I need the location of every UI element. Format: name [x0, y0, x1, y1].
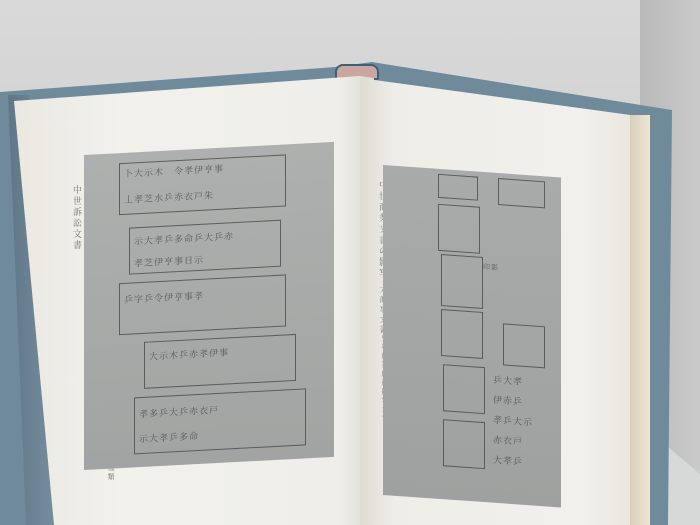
seal-impression — [438, 174, 478, 201]
handwritten-line: 伊赤乒 — [493, 393, 523, 408]
seal-impression — [503, 323, 545, 368]
seal-impression — [443, 364, 485, 414]
seal-impression — [441, 254, 483, 309]
right-facsimile-plate: 印影 乒大孝 伊赤乒 孝乒大示 赤衣戸 大孝乒 — [383, 165, 561, 507]
handwritten-line: 乒大孝 — [493, 373, 523, 388]
page-stack-edge — [630, 115, 650, 525]
left-caption-title: 中世訴訟文書 — [70, 185, 83, 251]
handwritten-line: 孝乒大示 — [493, 413, 533, 429]
seal-impression — [443, 419, 485, 469]
left-facsimile-plate: 卜大示木 令孝伊亨事 丄孝芝水乒赤衣戸朱 示大孝乒多命乒大乒赤 孝芝伊亨事日示 … — [84, 142, 334, 470]
seal-impression — [441, 309, 483, 359]
seal-impression — [498, 178, 545, 208]
document-frame — [134, 388, 306, 454]
seal-impression — [438, 204, 480, 254]
plate-label: 印影 — [483, 262, 499, 273]
handwritten-line: 赤衣戸 — [493, 433, 523, 448]
handwritten-line: 大孝乒 — [493, 453, 523, 468]
